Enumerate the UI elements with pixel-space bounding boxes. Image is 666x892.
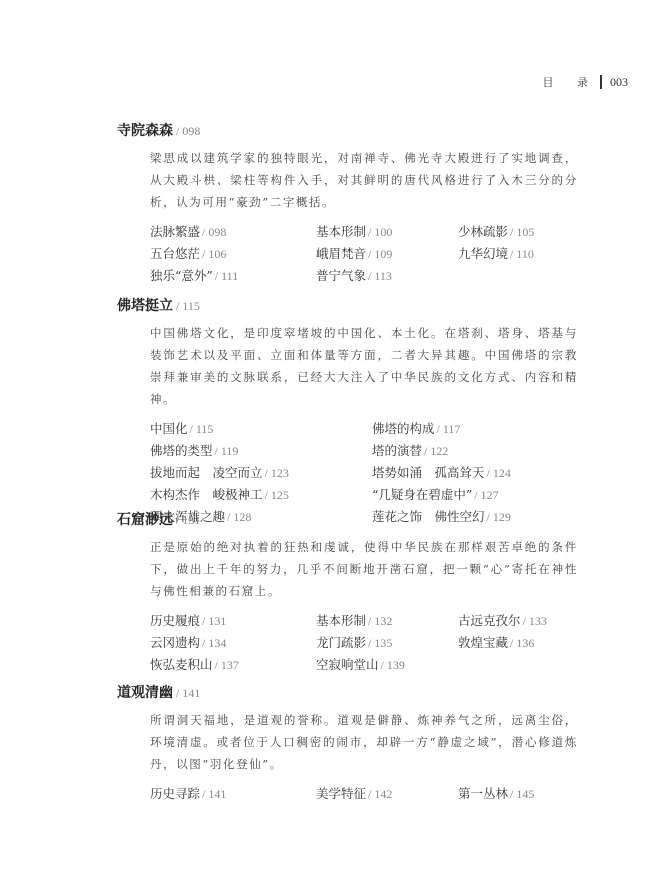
- entry-page: / 139: [381, 658, 405, 672]
- entry-title: 法脉繁盛: [150, 224, 200, 239]
- entry-title: 独乐“意外”: [150, 268, 213, 283]
- section-page: / 131: [176, 513, 200, 527]
- section-heading[interactable]: 佛塔挺立/ 115: [117, 296, 587, 316]
- entry-page: / 145: [510, 787, 534, 801]
- entry-page: / 135: [368, 636, 392, 650]
- entry-title: “几疑身在碧虚中”: [372, 487, 472, 502]
- toc-entry[interactable]: 法脉繁盛/ 098: [150, 221, 226, 243]
- entry-title: 中国化: [150, 421, 188, 436]
- section-description: 所谓洞天福地，是道观的誉称。道观是僻静、炼神养气之所，远离尘俗，环境清虚。或者位…: [150, 709, 578, 775]
- toc-entry[interactable]: 木构杰作 峻极神工/ 125: [150, 484, 289, 506]
- entry-title: 九华幻境: [458, 246, 508, 261]
- entry-page: / 124: [487, 466, 511, 480]
- entry-title: 拔地而起 凌空而立: [150, 465, 263, 480]
- section-description: 梁思成以建筑学家的独特眼光，对南禅寺、佛光寺大殿进行了实地调查，从大殿斗栱、梁柱…: [150, 147, 578, 213]
- entry-page: / 132: [368, 614, 392, 628]
- entry-page: / 133: [523, 614, 547, 628]
- section-description: 中国佛塔文化，是印度窣堵坡的中国化、本土化。在塔刹、塔身、塔基与装饰艺术以及平面…: [150, 322, 578, 410]
- toc-entry[interactable]: 美学特征/ 142: [316, 783, 392, 805]
- entry-page: / 137: [215, 658, 239, 672]
- entry-title: 敦煌宝藏: [458, 635, 508, 650]
- entry-title: 历史寻踪: [150, 786, 200, 801]
- entry-title: 恢弘麦积山: [150, 657, 213, 672]
- toc-entry[interactable]: 历史履痕/ 131: [150, 610, 226, 632]
- toc-entry[interactable]: 基本形制/ 100: [316, 221, 392, 243]
- toc-entry[interactable]: 佛塔的构成/ 117: [372, 418, 460, 440]
- toc-entry[interactable]: 塔的演替/ 122: [372, 440, 448, 462]
- section-heading[interactable]: 石窟渺远/ 131: [117, 510, 587, 530]
- toc-entry[interactable]: 历史寻踪/ 141: [150, 783, 226, 805]
- entry-page: / 106: [202, 247, 226, 261]
- entry-title: 木构杰作 峻极神工: [150, 487, 263, 502]
- toc-entry[interactable]: 恢弘麦积山/ 137: [150, 654, 239, 676]
- toc-entry[interactable]: 古远克孜尔/ 133: [458, 610, 547, 632]
- toc-entry[interactable]: 独乐“意外”/ 111: [150, 265, 238, 287]
- entry-title: 峨眉梵音: [316, 246, 366, 261]
- entry-title: 基本形制: [316, 613, 366, 628]
- toc-section: 佛塔挺立/ 115 中国佛塔文化，是印度窣堵坡的中国化、本土化。在塔刹、塔身、塔…: [117, 296, 587, 528]
- toc-entry[interactable]: 五台悠茫/ 106: [150, 243, 226, 265]
- toc-section: 道观清幽/ 141 所谓洞天福地，是道观的誉称。道观是僻静、炼神养气之所，远离尘…: [117, 683, 587, 805]
- entry-page: / 098: [202, 225, 226, 239]
- header-divider: [600, 75, 602, 89]
- entry-title: 佛塔的构成: [372, 421, 435, 436]
- entry-title: 第一丛林: [458, 786, 508, 801]
- entry-page: / 100: [368, 225, 392, 239]
- section-heading[interactable]: 道观清幽/ 141: [117, 683, 587, 703]
- entry-title: 古远克孜尔: [458, 613, 521, 628]
- entry-page: / 131: [202, 614, 226, 628]
- toc-entry[interactable]: 空寂响堂山/ 139: [316, 654, 405, 676]
- entry-page: / 125: [265, 488, 289, 502]
- entry-title: 五台悠茫: [150, 246, 200, 261]
- section-page: / 115: [176, 299, 200, 313]
- entry-list: 历史履痕/ 131 基本形制/ 132 古远克孜尔/ 133 云冈遗构/ 134…: [150, 610, 587, 676]
- section-title: 道观清幽: [117, 685, 173, 701]
- entry-page: / 113: [368, 269, 392, 283]
- toc-entry[interactable]: 龙门疏影/ 135: [316, 632, 392, 654]
- entry-title: 龙门疏影: [316, 635, 366, 650]
- section-heading[interactable]: 寺院森森/ 098: [117, 121, 587, 141]
- toc-section: 石窟渺远/ 131 正是原始的绝对执着的狂热和虔诚，使得中华民族在那样艰苦卓绝的…: [117, 510, 587, 676]
- toc-entry[interactable]: 少林疏影/ 105: [458, 221, 534, 243]
- entry-page: / 119: [215, 444, 239, 458]
- page-number: 003: [610, 75, 628, 90]
- toc-entry[interactable]: 塔势如涌 孤高耸天/ 124: [372, 462, 511, 484]
- entry-page: / 109: [368, 247, 392, 261]
- section-title: 石窟渺远: [117, 512, 173, 528]
- entry-page: / 142: [368, 787, 392, 801]
- section-title: 佛塔挺立: [117, 298, 173, 314]
- toc-entry[interactable]: 敦煌宝藏/ 136: [458, 632, 534, 654]
- toc-entry[interactable]: “几疑身在碧虚中”/ 127: [372, 484, 499, 506]
- entry-list: 法脉繁盛/ 098 基本形制/ 100 少林疏影/ 105 五台悠茫/ 106 …: [150, 221, 587, 287]
- entry-title: 基本形制: [316, 224, 366, 239]
- entry-page: / 134: [202, 636, 226, 650]
- toc-entry[interactable]: 佛塔的类型/ 119: [150, 440, 238, 462]
- entry-page: / 127: [474, 488, 498, 502]
- section-page: / 141: [176, 686, 200, 700]
- entry-title: 塔势如涌 孤高耸天: [372, 465, 485, 480]
- entry-page: / 105: [510, 225, 534, 239]
- toc-entry[interactable]: 云冈遗构/ 134: [150, 632, 226, 654]
- entry-list: 历史寻踪/ 141 美学特征/ 142 第一丛林/ 145: [150, 783, 587, 805]
- entry-title: 佛塔的类型: [150, 443, 213, 458]
- toc-entry[interactable]: 九华幻境/ 110: [458, 243, 534, 265]
- toc-entry[interactable]: 中国化/ 115: [150, 418, 213, 440]
- entry-page: / 123: [265, 466, 289, 480]
- entry-page: / 136: [510, 636, 534, 650]
- entry-title: 少林疏影: [458, 224, 508, 239]
- toc-entry[interactable]: 普宁气象/ 113: [316, 265, 392, 287]
- entry-page: / 110: [510, 247, 534, 261]
- section-description: 正是原始的绝对执着的狂热和虔诚，使得中华民族在那样艰苦卓绝的条件下，做出上千年的…: [150, 536, 578, 602]
- running-header: 目 录 003: [543, 74, 629, 90]
- entry-title: 云冈遗构: [150, 635, 200, 650]
- toc-entry[interactable]: 拔地而起 凌空而立/ 123: [150, 462, 289, 484]
- entry-title: 美学特征: [316, 786, 366, 801]
- entry-title: 历史履痕: [150, 613, 200, 628]
- toc-section: 寺院森森/ 098 梁思成以建筑学家的独特眼光，对南禅寺、佛光寺大殿进行了实地调…: [117, 121, 587, 287]
- toc-entry[interactable]: 第一丛林/ 145: [458, 783, 534, 805]
- entry-title: 塔的演替: [372, 443, 422, 458]
- entry-page: / 117: [437, 422, 461, 436]
- section-page: / 098: [176, 124, 200, 138]
- entry-title: 普宁气象: [316, 268, 366, 283]
- entry-page: / 141: [202, 787, 226, 801]
- entry-page: / 115: [190, 422, 214, 436]
- toc-entry[interactable]: 峨眉梵音/ 109: [316, 243, 392, 265]
- header-title: 目 录: [543, 74, 599, 90]
- entry-page: / 122: [424, 444, 448, 458]
- entry-title: 空寂响堂山: [316, 657, 379, 672]
- toc-entry[interactable]: 基本形制/ 132: [316, 610, 392, 632]
- entry-page: / 111: [215, 269, 238, 283]
- section-title: 寺院森森: [117, 123, 173, 139]
